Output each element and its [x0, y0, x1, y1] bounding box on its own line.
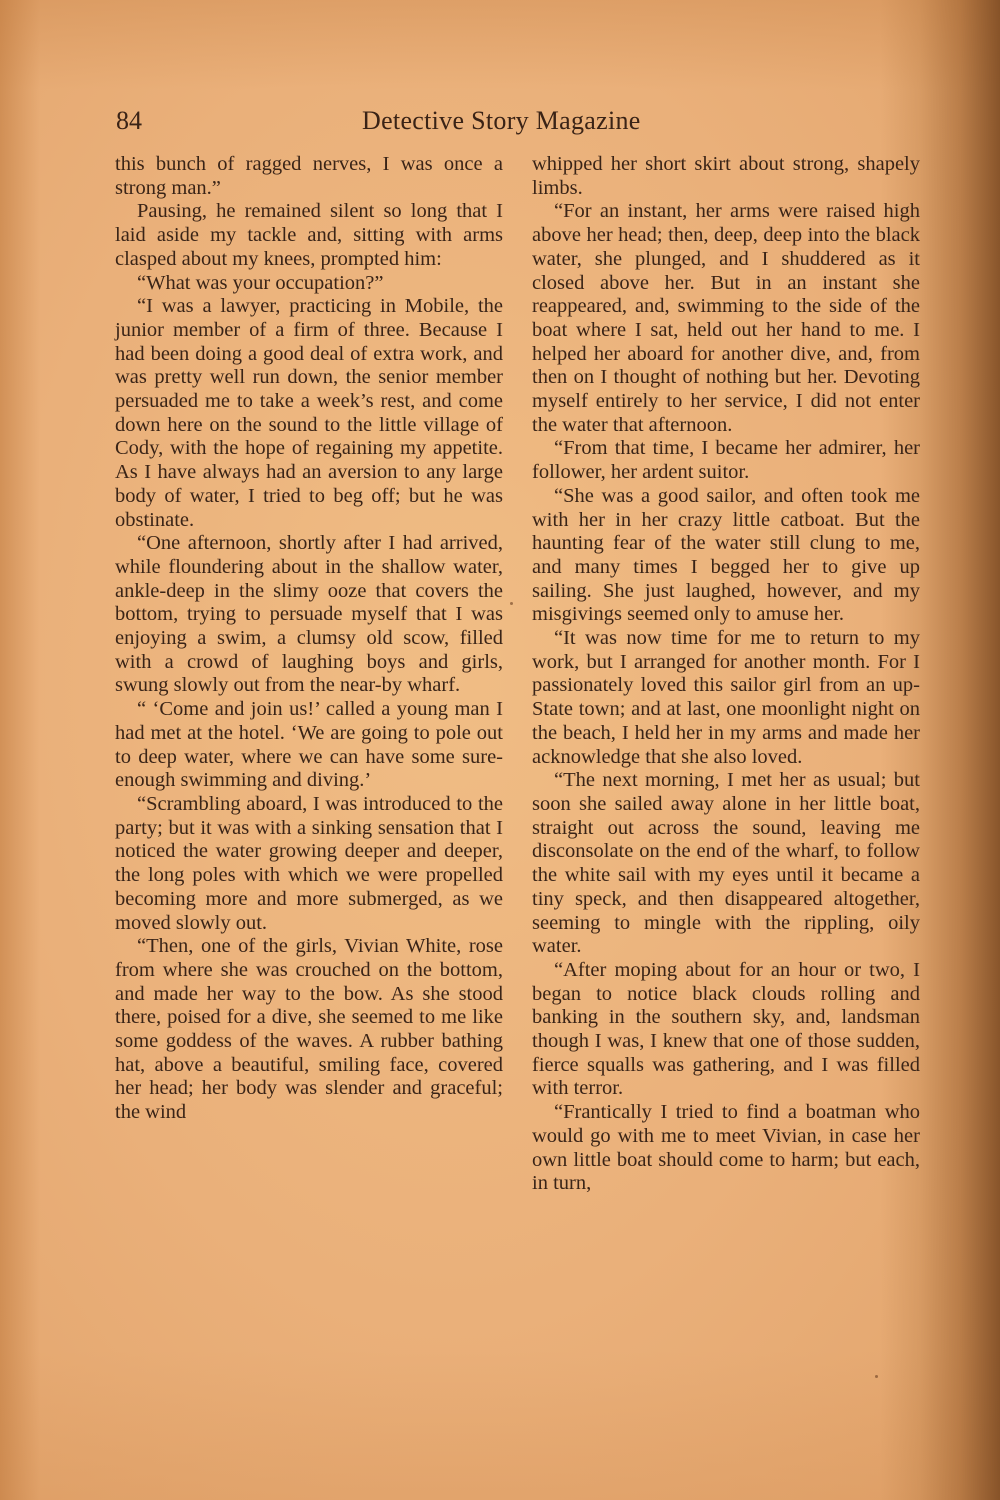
page-number: 84	[116, 106, 142, 136]
paragraph: “Then, one of the girls, Vivian White, r…	[115, 935, 503, 1125]
page-header: 84 Detective Story Magazine	[116, 106, 922, 142]
paragraph: “ ‘Come and join us!’ called a young man…	[115, 698, 503, 793]
paragraph: “Frantically I tried to find a boat­man …	[532, 1101, 920, 1196]
paragraph: this bunch of ragged nerves, I was once …	[115, 153, 503, 200]
text-column-left: this bunch of ragged nerves, I was once …	[115, 153, 503, 1125]
paragraph: “The next morning, I met her as usual; b…	[532, 769, 920, 959]
paragraph: “I was a lawyer, practicing in Mo­bile, …	[115, 295, 503, 532]
paper-speck	[510, 602, 513, 605]
running-title: Detective Story Magazine	[362, 106, 641, 136]
paragraph: “It was now time for me to return to my …	[532, 627, 920, 769]
paper-speck	[875, 1375, 878, 1378]
paragraph: “From that time, I became her ad­mirer, …	[532, 437, 920, 484]
text-column-right: whipped her short skirt about strong, sh…	[532, 153, 920, 1196]
paragraph: “For an instant, her arms were raised hi…	[532, 200, 920, 437]
paragraph: “What was your occupation?”	[115, 272, 503, 296]
paragraph: “Scrambling aboard, I was intro­duced to…	[115, 793, 503, 935]
paragraph: whipped her short skirt about strong, sh…	[532, 153, 920, 200]
paragraph: “One afternoon, shortly after I had arri…	[115, 532, 503, 698]
paragraph: “She was a good sailor, and often took m…	[532, 485, 920, 627]
paragraph: Pausing, he remained silent so long that…	[115, 200, 503, 271]
paragraph: “After moping about for an hour or two, …	[532, 959, 920, 1101]
magazine-page: 84 Detective Story Magazine this bunch o…	[0, 0, 1000, 1500]
